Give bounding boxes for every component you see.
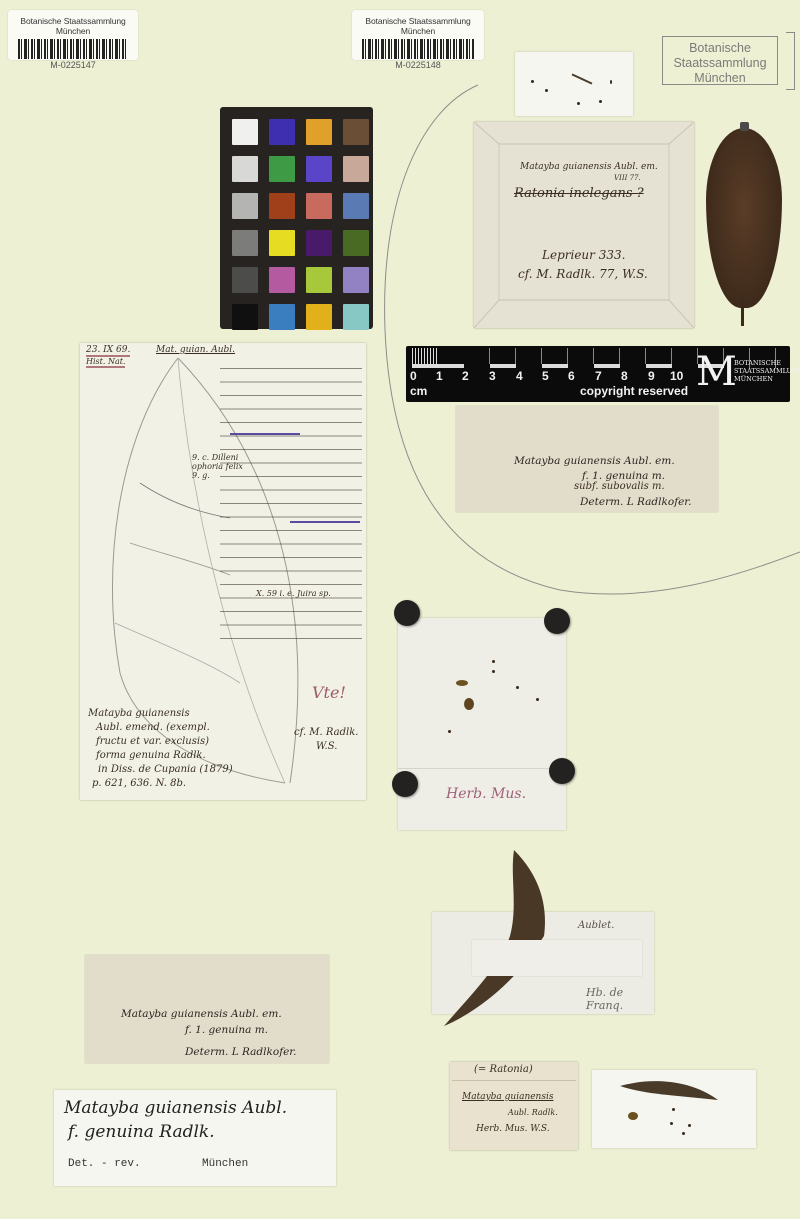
cf-date: W.S. <box>316 741 337 752</box>
scale-tick: 5 <box>542 369 549 383</box>
vte-mark: Vte! <box>312 683 346 702</box>
fragment-card-bottom <box>592 1070 756 1148</box>
handwritten-description-block <box>220 357 362 647</box>
leaf-fragment-small <box>618 1078 722 1108</box>
color-swatch <box>306 267 332 293</box>
color-swatch <box>343 156 369 182</box>
packet-herbarium: Herb. Mus. W.S. <box>476 1124 550 1134</box>
aublet-author: Aublet. <box>578 920 614 931</box>
scale-alternating-band <box>438 364 732 368</box>
magnet-bottom-left[interactable] <box>392 771 418 797</box>
field-note-determination: Matayba guianensis Aubl. emend. (exempl.… <box>88 707 233 791</box>
label-species: Matayba guianensis Aubl. em. <box>121 1007 282 1022</box>
magnet-bottom-right[interactable] <box>549 758 575 784</box>
bsm-logo-icon: M <box>696 352 737 392</box>
scale-tick: 1 <box>436 369 443 383</box>
copyright-text: copyright reserved <box>580 384 688 398</box>
color-swatch <box>269 119 295 145</box>
color-swatch <box>306 304 332 330</box>
magnet-top-left[interactable] <box>394 600 420 626</box>
magnet-top-right[interactable] <box>544 608 570 634</box>
determination-label-1: Matayba guianensis Aubl. em. f. 1. genui… <box>456 406 718 512</box>
sketch-note-1: 9. c. Dilleni ophoria felix 9. g. <box>192 453 252 480</box>
color-swatch <box>232 156 258 182</box>
color-swatch <box>343 304 369 330</box>
bsm-logo-text: BOTANISCHE STAATSSAMMLUNG MÜNCHEN <box>734 359 800 383</box>
color-swatch <box>306 230 332 256</box>
color-swatch <box>232 304 258 330</box>
color-swatch <box>343 267 369 293</box>
note-line: Matayba guianensis <box>88 707 233 721</box>
label-form: f. 1. genuina m. <box>185 1023 268 1038</box>
scale-mm-ticks <box>412 348 438 364</box>
scale-bar: 0 1 2 3 4 5 6 7 8 9 10 cm copyright rese… <box>406 346 790 402</box>
field-notes-sheet: 23. IX 69. Hist. Nat. Mat. guian. Aubl. … <box>80 343 366 800</box>
paper-strap <box>472 940 642 976</box>
seed-envelope-top: Matayba guianensis Aubl. em. VIII 77. Ra… <box>474 122 694 328</box>
scale-tick: 3 <box>489 369 496 383</box>
revision-label: Matayba guianensis Aubl. f. genuina Radl… <box>54 1090 336 1186</box>
label-determiner: Determ. L Radlkofer. <box>580 495 692 510</box>
small-packet-bottom: (= Ratonia) Matayba guianensis Aubl. Rad… <box>450 1062 578 1150</box>
logo-line: MÜNCHEN <box>734 375 800 383</box>
seed-packet-middle: Herb. Mus. <box>398 618 566 830</box>
revision-form: f. genuina Radlk. <box>68 1122 215 1142</box>
revision-det: Det. - rev. <box>68 1158 141 1170</box>
color-swatch <box>232 119 258 145</box>
scale-tick: 6 <box>568 369 575 383</box>
color-swatch <box>343 230 369 256</box>
color-swatch <box>269 193 295 219</box>
violet-underline <box>230 433 300 435</box>
packet-fold <box>398 768 566 769</box>
color-swatch <box>269 267 295 293</box>
color-swatch <box>306 119 332 145</box>
sketch-note-2: X. 59 i. e. Juira sp. <box>256 589 331 598</box>
scale-tick: 8 <box>621 369 628 383</box>
aublet-herbarium: Hb. de Franq. <box>586 986 654 1012</box>
packet-note: Herb. Mus. <box>446 786 526 802</box>
label-determiner: Determ. L Radlkofer. <box>185 1045 297 1060</box>
revision-place: München <box>202 1158 248 1170</box>
color-swatch <box>343 193 369 219</box>
logo-line: BOTANISCHE <box>734 359 800 367</box>
determination-label-2: Matayba guianensis Aubl. em. f. 1. genui… <box>85 955 329 1063</box>
color-swatch <box>232 230 258 256</box>
note-line: fructu et var. exclusis) <box>88 735 233 749</box>
label-subform-handwritten: subf. subovalis m. <box>574 481 665 492</box>
note-title: Mat. guian. Aubl. <box>156 345 235 355</box>
note-line: Aubl. emend. (exempl. <box>88 721 233 735</box>
color-swatch <box>269 156 295 182</box>
leaf-fragment <box>440 846 560 1031</box>
note-line: forma genuina Radlk. <box>88 749 233 763</box>
color-swatch <box>343 119 369 145</box>
packet-author: Aubl. Radlk. <box>508 1108 558 1117</box>
envelope-old-name: Ratonia inelegans ? <box>514 186 644 201</box>
scale-unit: cm <box>410 384 427 398</box>
leaf-petiole <box>741 300 744 326</box>
color-swatch <box>232 267 258 293</box>
color-swatch <box>232 193 258 219</box>
violet-underline <box>290 521 360 523</box>
logo-line: STAATSSAMMLUNG <box>734 367 800 375</box>
note-date: 23. IX 69. <box>86 345 130 357</box>
label-species: Matayba guianensis Aubl. em. <box>514 454 675 469</box>
envelope-species: Matayba guianensis Aubl. em. <box>520 162 658 172</box>
color-swatch <box>306 156 332 182</box>
envelope-folds <box>474 122 694 328</box>
scale-tick: 2 <box>462 369 469 383</box>
scale-tick: 9 <box>648 369 655 383</box>
note-line: in Diss. de Cupania (1879) <box>88 763 233 777</box>
color-swatch <box>269 304 295 330</box>
packet-species: Matayba guianensis <box>462 1092 553 1102</box>
fragment-card-top <box>515 52 633 116</box>
color-checker-card <box>220 107 373 329</box>
envelope-reference: cf. M. Radlk. 77, W.S. <box>518 267 648 281</box>
cf-note: cf. M. Radlk. <box>294 727 358 738</box>
packet-flap-edge <box>452 1080 576 1081</box>
color-swatch <box>306 193 332 219</box>
scale-tick: 0 <box>410 369 417 383</box>
revision-species: Matayba guianensis Aubl. <box>64 1098 287 1118</box>
scale-tick: 7 <box>595 369 602 383</box>
scale-tick: 4 <box>516 369 523 383</box>
note-line: p. 621, 636. N. 8b. <box>88 777 233 791</box>
color-swatch <box>269 230 295 256</box>
leaf-tape <box>740 122 749 131</box>
note-sub: Hist. Nat. <box>86 357 125 368</box>
packet-synonym: (= Ratonia) <box>474 1064 533 1075</box>
envelope-collector: Leprieur 333. <box>542 248 625 262</box>
envelope-date: VIII 77. <box>614 174 641 182</box>
scale-tick: 10 <box>670 369 683 383</box>
